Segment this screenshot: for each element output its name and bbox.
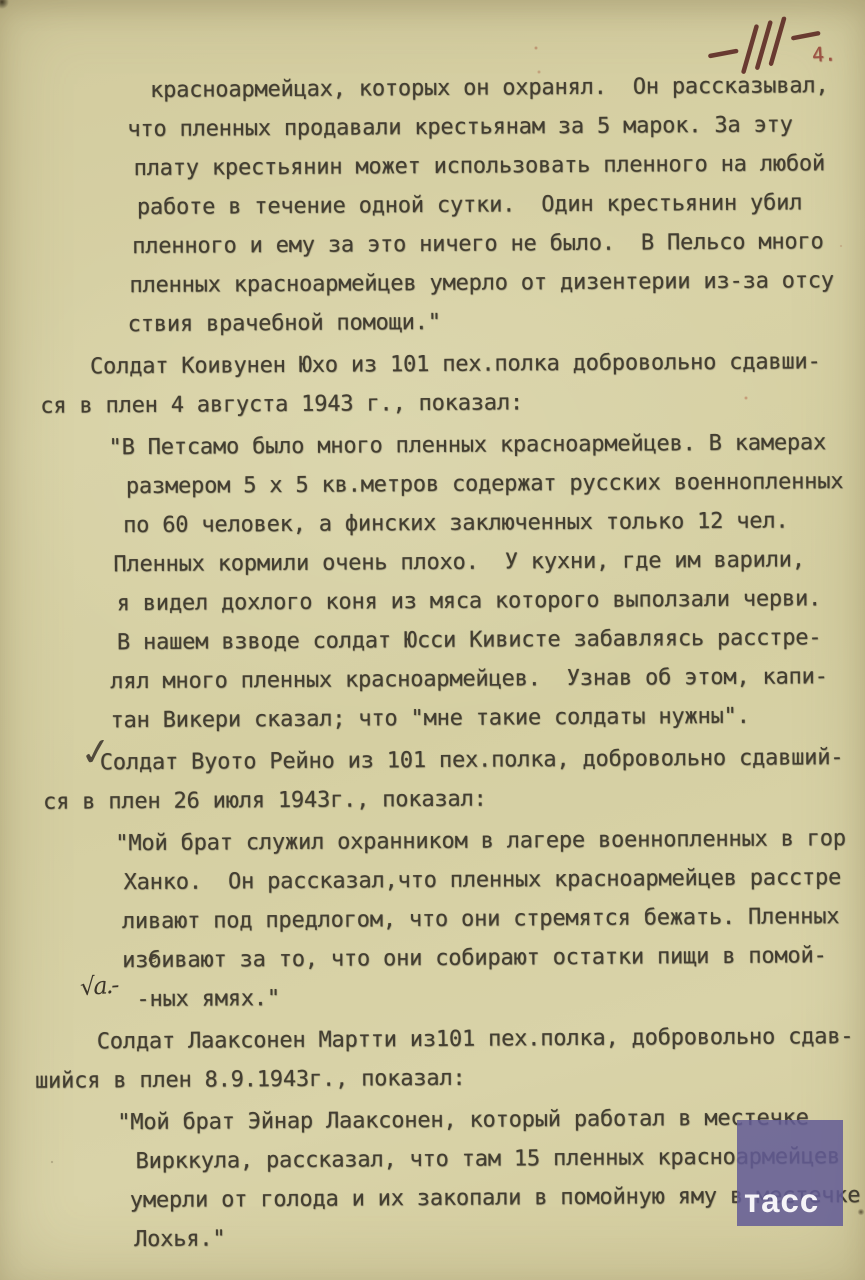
text-line: ливают под предлогом, что они стремятся …: [122, 897, 865, 941]
text-line: "В Петсамо было много пленных красноарме…: [108, 423, 865, 467]
text-line: шийся в плен 8.9.1943г., показал:: [35, 1056, 865, 1101]
text-line: избивают за то, что они собирают остатки…: [122, 936, 865, 980]
text-line: пленных красноармейцев умерло от дизенте…: [129, 261, 865, 305]
text-line: что пленных продавали крестьянам за 5 ма…: [127, 105, 865, 149]
text-line: В нашем взводе солдат Юсси Кивисте забав…: [117, 618, 865, 662]
handwritten-margin-mark: √а.-: [79, 971, 118, 1002]
text-line: -ных ямях.": [136, 975, 865, 1019]
text-line: лял много пленных красноармейцев. Узнав …: [110, 657, 865, 701]
text-line: ся в плен 4 августа 1943 г., показал:: [40, 381, 865, 426]
handwritten-checkmark: ✓: [77, 728, 115, 776]
text-line: работе в течение одной сутки. Один крест…: [137, 183, 865, 227]
text-line: Солдат Вуото Рейно из 101 пех.полка, доб…: [100, 738, 865, 782]
text-line: плату крестьянин может использовать плен…: [134, 144, 865, 188]
text-line: пленного и ему за это ничего не было. В …: [132, 222, 865, 266]
document-page: 4. красноармейцах, которых он охранял. О…: [0, 0, 865, 1280]
text-line: Ханко. Он рассказал,что пленных красноар…: [124, 858, 865, 902]
text-line: размером 5 х 5 кв.метров содержат русски…: [126, 462, 865, 506]
typed-page-number: 4.: [811, 41, 836, 66]
typewritten-text-block: красноармейцах, которых он охранял. Он р…: [0, 66, 865, 1260]
text-line: Пленных кормили очень плохо. У кухни, гд…: [113, 540, 865, 584]
text-line: "Мой брат служил охранником в лагере вое…: [115, 819, 865, 863]
handwritten-correction-letter: е: [148, 948, 158, 968]
text-line: Солдат Лааксонен Мартти из101 пех.полка,…: [97, 1017, 865, 1061]
tass-watermark-label: тасс: [744, 1184, 819, 1217]
text-line: я видел дохлого коня из мяса которого вы…: [117, 579, 865, 623]
text-line: красноармейцах, которых он охранял. Он р…: [150, 66, 865, 110]
text-line: тан Викери сказал; что "мне такие солдат…: [110, 696, 865, 740]
text-line: Солдат Коивунен Юхо из 101 пех.полка доб…: [90, 342, 865, 386]
text-line: по 60 человек, а финских заключенных тол…: [123, 501, 865, 545]
tass-watermark: тасс: [737, 1120, 843, 1226]
text-line: ствия врачебной помощи.": [128, 300, 865, 344]
text-line: ся в плен 26 июля 1943г., показал:: [43, 777, 865, 822]
